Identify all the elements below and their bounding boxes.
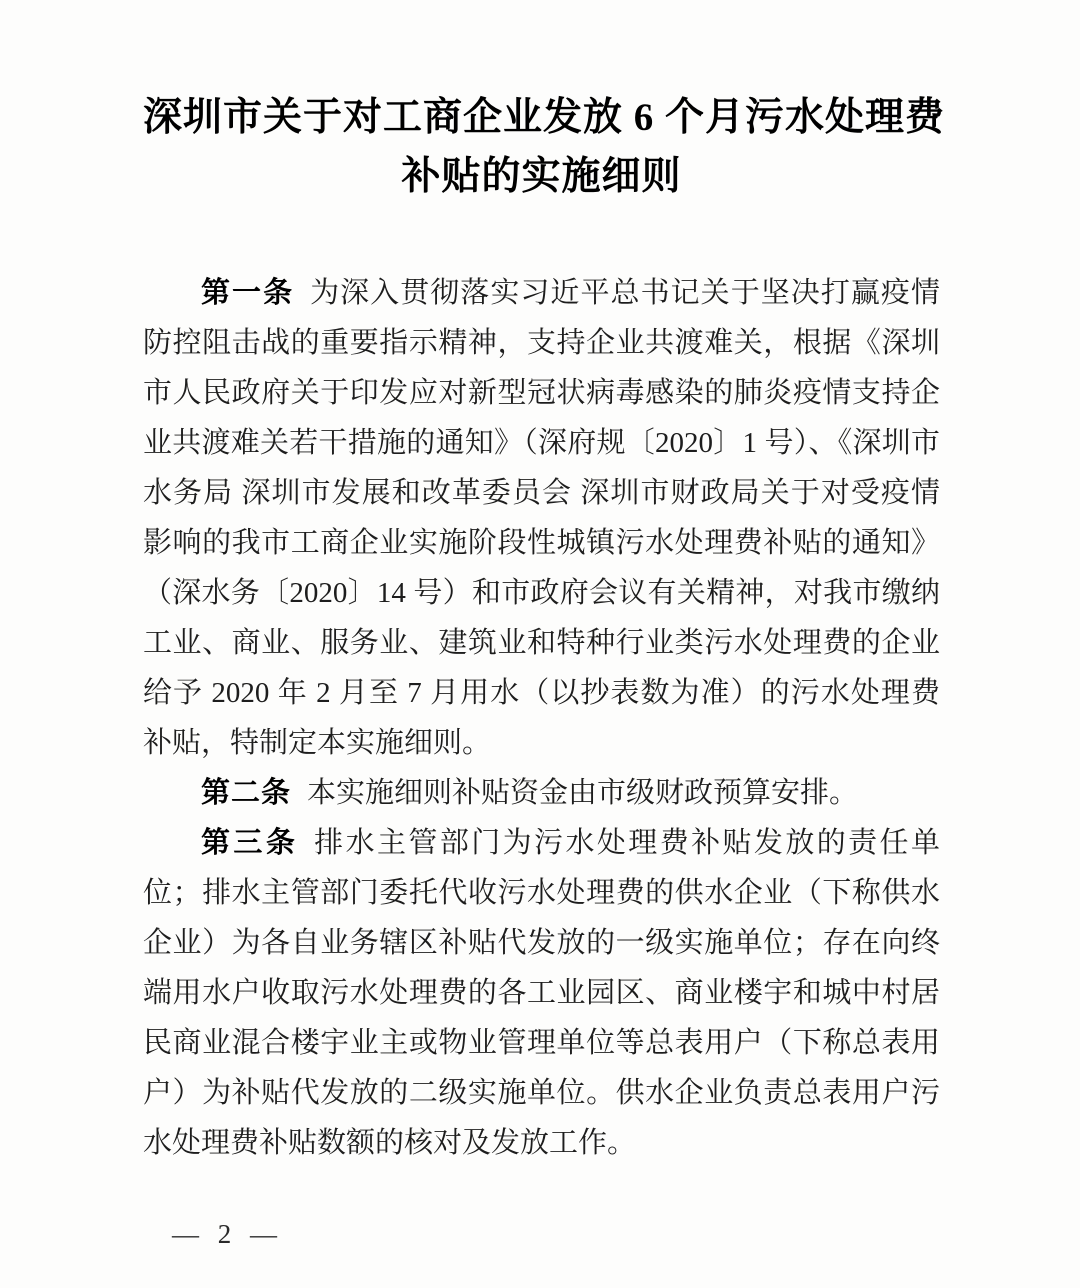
article-1-label: 第一条 bbox=[201, 277, 294, 309]
article-2-text: 本实施细则补贴资金由市级财政预算安排。 bbox=[307, 777, 858, 809]
article-3-paragraph: 第三条排水主管部门为污水处理费补贴发放的责任单位；排水主管部门委托代收污水处理费… bbox=[143, 818, 940, 1168]
article-3-text: 排水主管部门为污水处理费补贴发放的责任单位；排水主管部门委托代收污水处理费的供水… bbox=[143, 827, 940, 1159]
article-2-label: 第二条 bbox=[201, 777, 291, 809]
document-title: 深圳市关于对工商企业发放 6 个月污水处理费 补贴的实施细则 bbox=[143, 88, 940, 206]
page-number: — 2 — bbox=[172, 1219, 283, 1250]
article-1-paragraph: 第一条为深入贯彻落实习近平总书记关于坚决打赢疫情防控阻击战的重要指示精神，支持企… bbox=[143, 268, 940, 768]
document-page: 深圳市关于对工商企业发放 6 个月污水处理费 补贴的实施细则 第一条为深入贯彻落… bbox=[0, 0, 1080, 1288]
document-title-line-1: 深圳市关于对工商企业发放 6 个月污水处理费 bbox=[143, 88, 940, 147]
article-1-text: 为深入贯彻落实习近平总书记关于坚决打赢疫情防控阻击战的重要指示精神，支持企业共渡… bbox=[143, 277, 940, 759]
article-3-label: 第三条 bbox=[201, 827, 298, 859]
document-body: 第一条为深入贯彻落实习近平总书记关于坚决打赢疫情防控阻击战的重要指示精神，支持企… bbox=[143, 268, 940, 1168]
article-2-paragraph: 第二条本实施细则补贴资金由市级财政预算安排。 bbox=[143, 768, 940, 818]
document-title-line-2: 补贴的实施细则 bbox=[143, 147, 940, 206]
